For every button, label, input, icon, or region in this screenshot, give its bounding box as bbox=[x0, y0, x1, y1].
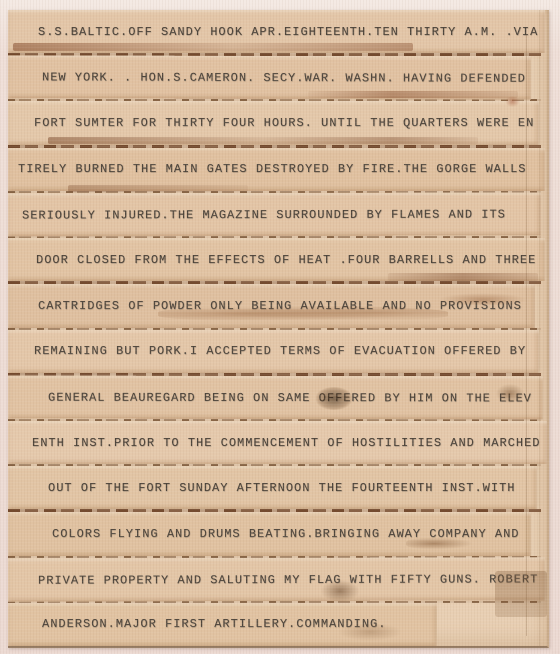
telegram-line: SERIOUSLY INJURED.THE MAGAZINE SURROUNDE… bbox=[22, 207, 506, 222]
telegram-line: DOOR CLOSED FROM THE EFFECTS OF HEAT .FO… bbox=[36, 253, 536, 267]
telegram-line: PRIVATE PROPERTY AND SALUTING MY FLAG WI… bbox=[38, 572, 538, 587]
telegram-photo: S.S.BALTIC.OFF SANDY HOOK APR.EIGHTEENTH… bbox=[0, 0, 560, 654]
telegram-line: NEW YORK. . HON.S.CAMERON. SECY.WAR. WAS… bbox=[42, 70, 526, 85]
telegram-strip: CARTRIDGES OF POWDER ONLY BEING AVAILABL… bbox=[8, 284, 535, 327]
telegram-strip: ANDERSON.MAJOR FIRST ARTILLERY.COMMANDIN… bbox=[8, 603, 437, 646]
telegram-line: ENTH INST.PRIOR TO THE COMMENCEMENT OF H… bbox=[32, 436, 540, 450]
telegram-line: OUT OF THE FORT SUNDAY AFTERNOON THE FOU… bbox=[48, 481, 515, 495]
telegram-strip: NEW YORK. . HON.S.CAMERON. SECY.WAR. WAS… bbox=[8, 56, 531, 101]
telegram-line: S.S.BALTIC.OFF SANDY HOOK APR.EIGHTEENTH… bbox=[38, 25, 538, 39]
telegram-line: COLORS FLYING AND DRUMS BEATING.BRINGING… bbox=[52, 527, 519, 541]
telegram-strip: REMAINING BUT PORK.I ACCEPTED TERMS OF E… bbox=[8, 330, 539, 373]
telegram-strip: TIRELY BURNED THE MAIN GATES DESTROYED B… bbox=[8, 148, 545, 191]
telegram-line: TIRELY BURNED THE MAIN GATES DESTROYED B… bbox=[18, 162, 526, 176]
telegram-strip: PRIVATE PROPERTY AND SALUTING MY FLAG WI… bbox=[8, 557, 545, 602]
telegram-strip: DOOR CLOSED FROM THE EFFECTS OF HEAT .FO… bbox=[8, 238, 545, 281]
telegram-sheet: S.S.BALTIC.OFF SANDY HOOK APR.EIGHTEENTH… bbox=[8, 10, 549, 648]
telegram-strip: GENERAL BEAUREGARD BEING ON SAME OFFERED… bbox=[8, 375, 543, 419]
telegram-strip: S.S.BALTIC.OFF SANDY HOOK APR.EIGHTEENTH… bbox=[8, 10, 545, 53]
telegram-strip: FORT SUMTER FOR THIRTY FOUR HOURS. UNTIL… bbox=[8, 101, 539, 144]
telegram-strip: SERIOUSLY INJURED.THE MAGAZINE SURROUNDE… bbox=[8, 192, 541, 236]
telegram-strip: COLORS FLYING AND DRUMS BEATING.BRINGING… bbox=[8, 512, 531, 555]
telegram-line: ANDERSON.MAJOR FIRST ARTILLERY.COMMANDIN… bbox=[42, 617, 386, 631]
telegram-line: REMAINING BUT PORK.I ACCEPTED TERMS OF E… bbox=[34, 344, 526, 358]
telegram-strip: ENTH INST.PRIOR TO THE COMMENCEMENT OF H… bbox=[8, 421, 547, 464]
telegram-line: CARTRIDGES OF POWDER ONLY BEING AVAILABL… bbox=[38, 299, 522, 313]
telegram-line: FORT SUMTER FOR THIRTY FOUR HOURS. UNTIL… bbox=[34, 116, 534, 130]
telegram-line: GENERAL BEAUREGARD BEING ON SAME OFFERED… bbox=[48, 390, 532, 405]
telegram-strip: OUT OF THE FORT SUNDAY AFTERNOON THE FOU… bbox=[8, 466, 537, 509]
